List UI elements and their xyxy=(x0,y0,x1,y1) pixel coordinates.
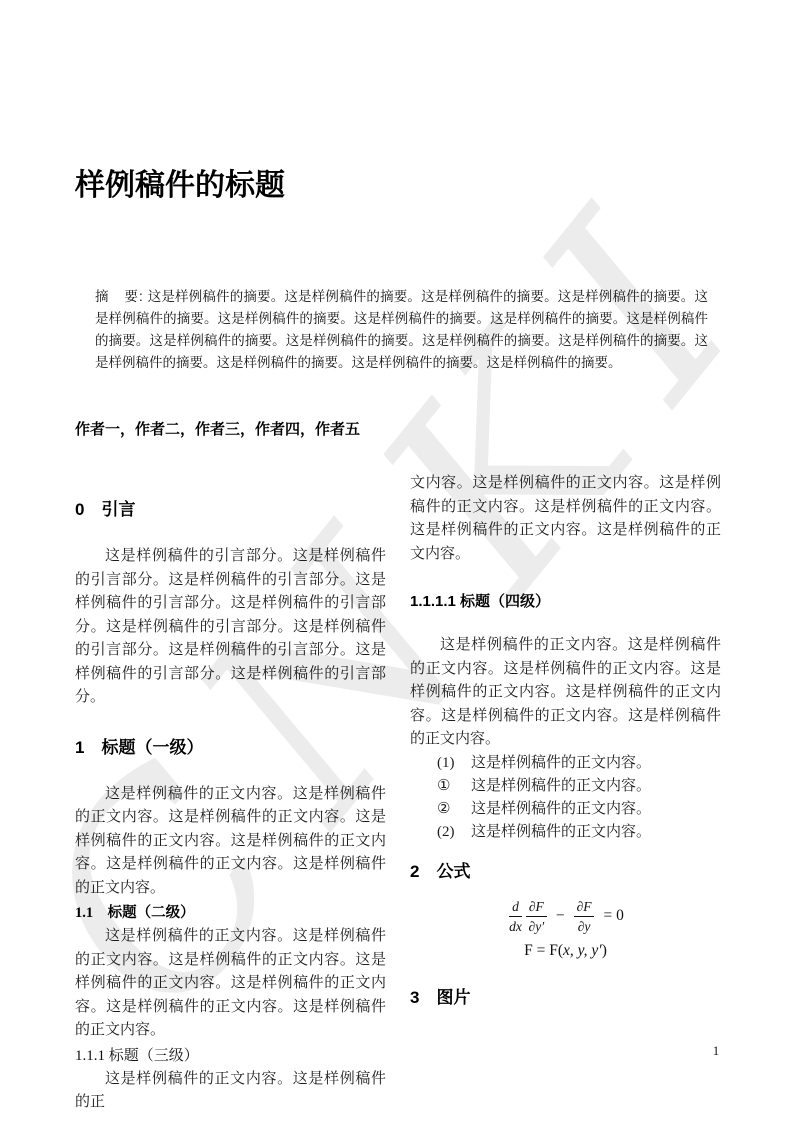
left-column: 0 引言 这是样例稿件的引言部分。这是样例稿件的引言部分。这是样例稿件的引言部分… xyxy=(75,472,386,1115)
subsubsection-heading-level3: 1.1.1 标题（三级） xyxy=(75,1046,386,1067)
document-page: CNKI 样例稿件的标题 摘 要: 这是样例稿件的摘要。这是样例稿件的摘要。这是… xyxy=(0,0,794,1123)
subsection-heading-level2: 1.1 标题（二级） xyxy=(75,903,386,924)
right-column: 文内容。这是样例稿件的正文内容。这是样例稿件的正文内容。这是样例稿件的正文内容。… xyxy=(410,472,721,1033)
fraction-dF-dy-prime: ∂F ∂y′ xyxy=(526,899,547,934)
fraction-denominator: ∂y xyxy=(574,917,595,934)
fraction-dF-dy: ∂F ∂y xyxy=(574,899,595,934)
section-heading-formula: 2 公式 xyxy=(410,860,721,883)
fraction-d-dx: d dx xyxy=(509,899,522,934)
page-content: 样例稿件的标题 摘 要: 这是样例稿件的摘要。这是样例稿件的摘要。这是样例稿件的… xyxy=(75,0,721,1115)
abstract-paragraph: 摘 要: 这是样例稿件的摘要。这是样例稿件的摘要。这是样例稿件的摘要。这是样例稿… xyxy=(95,286,708,374)
section-heading-level1: 1 标题（一级） xyxy=(75,736,386,759)
function-definition-formula: F = F(x, y, y′) xyxy=(410,942,721,960)
paper-title: 样例稿件的标题 xyxy=(75,166,721,206)
definition-lhs: F = F( xyxy=(524,942,563,960)
list-item-text: 这是样例稿件的正文内容。 xyxy=(471,775,721,798)
euler-lagrange-formula: d dx ∂F ∂y′ − ∂F ∂y = 0 xyxy=(410,899,721,934)
minus-operator: − xyxy=(556,907,565,925)
list-item: ① 这是样例稿件的正文内容。 xyxy=(410,775,721,798)
list-item: (2) 这是样例稿件的正文内容。 xyxy=(410,821,721,844)
section-heading-figure: 3 图片 xyxy=(410,986,721,1009)
level2-paragraph: 这是样例稿件的正文内容。这是样例稿件的正文内容。这是样例稿件的正文内容。这是样例… xyxy=(75,925,386,1043)
authors-line: 作者一，作者二，作者三，作者四，作者五 xyxy=(75,420,721,440)
list-item-marker: (1) xyxy=(437,752,471,775)
level4-paragraph: 这是样例稿件的正文内容。这是样例稿件的正文内容。这是样例稿件的正文内容。这是样例… xyxy=(410,634,721,752)
formula-rhs: = 0 xyxy=(603,907,623,925)
fraction-numerator: ∂F xyxy=(526,899,547,917)
list-item-text: 这是样例稿件的正文内容。 xyxy=(471,752,721,775)
level1-paragraph: 这是样例稿件的正文内容。这是样例稿件的正文内容。这是样例稿件的正文内容。这是样例… xyxy=(75,783,386,901)
level3-paragraph-start: 这是样例稿件的正文内容。这是样例稿件的正 xyxy=(75,1068,386,1115)
list-item-marker: (2) xyxy=(437,821,471,844)
list-item: ② 这是样例稿件的正文内容。 xyxy=(410,798,721,821)
list-item: (1) 这是样例稿件的正文内容。 xyxy=(410,752,721,775)
two-column-body: 0 引言 这是样例稿件的引言部分。这是样例稿件的引言部分。这是样例稿件的引言部分… xyxy=(75,472,721,1115)
list-item-text: 这是样例稿件的正文内容。 xyxy=(471,798,721,821)
page-number: 1 xyxy=(704,1044,728,1059)
numbered-list: (1) 这是样例稿件的正文内容。 ① 这是样例稿件的正文内容。 ② 这是样例稿件… xyxy=(410,752,721,844)
list-item-marker: ② xyxy=(437,798,471,821)
list-item-marker: ① xyxy=(437,775,471,798)
fraction-numerator: d xyxy=(509,899,522,917)
fraction-numerator: ∂F xyxy=(574,899,595,917)
list-item-text: 这是样例稿件的正文内容。 xyxy=(471,821,721,844)
intro-paragraph: 这是样例稿件的引言部分。这是样例稿件的引言部分。这是样例稿件的引言部分。这是样例… xyxy=(75,545,386,710)
section-heading-intro: 0 引言 xyxy=(75,498,386,521)
fraction-denominator: ∂y′ xyxy=(526,917,547,934)
abstract-label: 摘 要: xyxy=(95,289,144,304)
level3-paragraph-continuation: 文内容。这是样例稿件的正文内容。这是样例稿件的正文内容。这是样例稿件的正文内容。… xyxy=(410,472,721,566)
abstract-text: 这是样例稿件的摘要。这是样例稿件的摘要。这是样例稿件的摘要。这是样例稿件的摘要。… xyxy=(95,289,708,370)
definition-rhs: ) xyxy=(602,942,607,960)
heading-level4: 1.1.1.1 标题（四级） xyxy=(410,592,721,612)
fraction-denominator: dx xyxy=(509,917,522,934)
definition-arguments: x, y, y′ xyxy=(563,942,602,960)
